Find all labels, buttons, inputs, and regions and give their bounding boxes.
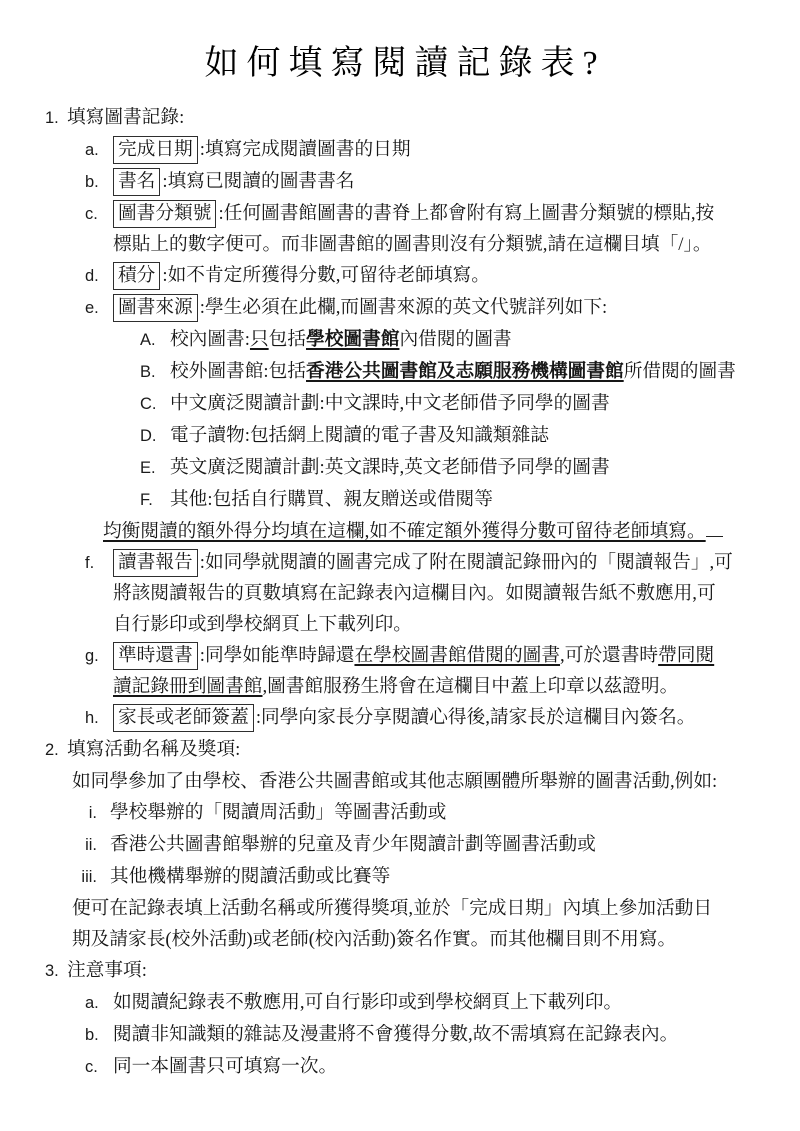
item-text: 填寫已閱讀的圖書書名 bbox=[168, 171, 355, 192]
item-text: ,圖書館服務生將會在這欄目中蓋上印章以茲證明。 bbox=[263, 676, 679, 697]
source-item-B: B. 校外圖書館:包括香港公共圖書館及志願服務機構圖書館所借閱的圖書 bbox=[45, 356, 765, 388]
item-content: 圖書分類號:任何圖書館圖書的書脊上都會附有寫上圖書分類號的標貼,按 標貼上的數字… bbox=[113, 198, 765, 260]
outro-text: 便可在記錄表填上活動名稱或所獲得獎項,並於「完成日期」內填上參加活動日 期及請家… bbox=[72, 898, 712, 950]
source-item-D: D. 電子讀物:包括網上閱讀的電子書及知識類雜誌 bbox=[45, 420, 765, 452]
item-marker: A. bbox=[140, 325, 170, 356]
item-text: 如同學就閱讀的圖書完成了附在閱讀記錄冊內的「閱讀報告」,可 將該閱讀報告的頁數填… bbox=[113, 552, 733, 635]
item-content: 校內圖書:只包括學校圖書館內借閱的圖書 bbox=[170, 324, 765, 355]
item-marker: B. bbox=[140, 357, 170, 388]
underline-extension bbox=[706, 532, 723, 537]
field-label-box-book-report: 讀書報告 bbox=[113, 549, 198, 577]
source-item-A: A. 校內圖書:只包括學校圖書館內借閱的圖書 bbox=[45, 324, 765, 356]
item-marker: F. bbox=[140, 485, 170, 516]
field-label-box-call-number: 圖書分類號 bbox=[113, 200, 216, 228]
item-marker: e. bbox=[85, 293, 113, 324]
item-text: 包括 bbox=[269, 329, 306, 350]
item-text: 內借閱的圖書 bbox=[399, 329, 511, 350]
item-text: 如不肯定所獲得分數,可留待老師填寫。 bbox=[168, 265, 490, 286]
item-text: 如閱讀紀錄表不敷應用,可自行影印或到學校網頁上下載列印。 bbox=[113, 992, 622, 1013]
item-marker: E. bbox=[140, 453, 170, 484]
item-text: 中文廣泛閱讀計劃:中文課時,中文老師借予同學的圖書 bbox=[170, 393, 610, 414]
note-item-3a: a. 如閱讀紀錄表不敷應用,可自行影印或到學校網頁上下載列印。 bbox=[45, 987, 765, 1019]
item-content: 圖書來源:學生必須在此欄,而圖書來源的英文代號詳列如下: bbox=[113, 292, 765, 323]
item-marker: C. bbox=[140, 389, 170, 420]
underlined-text: 只 bbox=[250, 329, 269, 350]
source-item-E: E. 英文廣泛閱讀計劃:英文課時,英文老師借予同學的圖書 bbox=[45, 452, 765, 484]
item-text: ,可於還書時 bbox=[560, 645, 658, 666]
intro-text: 如同學參加了由學校、香港公共圖書館或其他志願團體所舉辦的圖書活動,例如: bbox=[72, 771, 717, 792]
item-marker: d. bbox=[85, 261, 113, 292]
item-content: 電子讀物:包括網上閱讀的電子書及知識類雜誌 bbox=[170, 420, 765, 451]
list-item-1b: b. 書名:填寫已閱讀的圖書書名 bbox=[45, 166, 765, 198]
field-label-box-return-on-time: 準時還書 bbox=[113, 642, 198, 670]
item-marker: h. bbox=[85, 703, 113, 734]
list-item-1h: h. 家長或老師簽蓋:同學向家長分享閱讀心得後,請家長於這欄目內簽名。 bbox=[45, 702, 765, 734]
field-label-box-points: 積分 bbox=[113, 262, 160, 290]
item-marker: b. bbox=[85, 1020, 113, 1051]
item-marker: f. bbox=[85, 548, 113, 579]
item-marker: b. bbox=[85, 167, 113, 198]
item-marker: i. bbox=[72, 798, 110, 829]
list-item-1e: e. 圖書來源:學生必須在此欄,而圖書來源的英文代號詳列如下: bbox=[45, 292, 765, 324]
list-item-1g: g. 準時還書:同學如能準時歸還在學校圖書館借閱的圖書,可於還書時帶同閱 讀記錄… bbox=[45, 640, 765, 702]
field-label-box-book-title: 書名 bbox=[113, 168, 160, 196]
item-text: 同學如能準時歸還 bbox=[205, 645, 355, 666]
section-3-heading: 注意事項: bbox=[67, 960, 147, 981]
item-text: 學生必須在此欄,而圖書來源的英文代號詳列如下: bbox=[205, 297, 607, 318]
balanced-reading-note: 均衡閱讀的額外得分均填在這欄,如不確定額外獲得分數可留待老師填寫。 bbox=[45, 516, 765, 547]
list-item-1a: a. 完成日期:填寫完成閱讀圖書的日期 bbox=[45, 134, 765, 166]
item-text: 其他機構舉辦的閱讀活動或比賽等 bbox=[110, 866, 390, 887]
item-content: 讀書報告:如同學就閱讀的圖書完成了附在閱讀記錄冊內的「閱讀報告」,可 將該閱讀報… bbox=[113, 547, 765, 640]
item-text: 同一本圖書只可填寫一次。 bbox=[113, 1056, 337, 1077]
item-text: 香港公共圖書館舉辦的兒童及青少年閱讀計劃等圖書活動或 bbox=[110, 834, 596, 855]
section-2-heading: 填寫活動名稱及獎項: bbox=[67, 739, 240, 760]
list-item-1d: d. 積分:如不肯定所獲得分數,可留待老師填寫。 bbox=[45, 260, 765, 292]
item-marker: iii. bbox=[72, 862, 110, 893]
section-2-heading-row: 2. 填寫活動名稱及獎項: bbox=[45, 734, 765, 766]
item-content: 家長或老師簽蓋:同學向家長分享閱讀心得後,請家長於這欄目內簽名。 bbox=[113, 702, 765, 733]
document-page: 如何填寫閱讀記錄表? 1. 填寫圖書記錄: a. 完成日期:填寫完成閱讀圖書的日… bbox=[0, 0, 800, 1131]
section-3-heading-row: 3. 注意事項: bbox=[45, 955, 765, 987]
source-item-C: C. 中文廣泛閱讀計劃:中文課時,中文老師借予同學的圖書 bbox=[45, 388, 765, 420]
field-label-box-book-source: 圖書來源 bbox=[113, 294, 198, 322]
field-label-box-completion-date: 完成日期 bbox=[113, 136, 198, 164]
document-title: 如何填寫閱讀記錄表? bbox=[45, 36, 765, 92]
item-text: 電子讀物:包括網上閱讀的電子書及知識類雜誌 bbox=[170, 425, 549, 446]
item-marker: c. bbox=[85, 1052, 113, 1083]
item-content: 準時還書:同學如能準時歸還在學校圖書館借閱的圖書,可於還書時帶同閱 讀記錄冊到圖… bbox=[113, 640, 765, 702]
item-text: 英文廣泛閱讀計劃:英文課時,英文老師借予同學的圖書 bbox=[170, 457, 610, 478]
bold-underlined-text: 學校圖書館 bbox=[306, 329, 399, 350]
item-content: 完成日期:填寫完成閱讀圖書的日期 bbox=[113, 134, 765, 165]
item-marker: ii. bbox=[72, 830, 110, 861]
item-content: 校外圖書館:包括香港公共圖書館及志願服務機構圖書館所借閱的圖書 bbox=[170, 356, 765, 387]
section-1-heading: 填寫圖書記錄: bbox=[67, 107, 184, 128]
item-text: 填寫完成閱讀圖書的日期 bbox=[205, 139, 411, 160]
item-content: 英文廣泛閱讀計劃:英文課時,英文老師借予同學的圖書 bbox=[170, 452, 765, 483]
activity-item-iii: iii. 其他機構舉辦的閱讀活動或比賽等 bbox=[45, 861, 765, 893]
activity-item-ii: ii. 香港公共圖書館舉辦的兒童及青少年閱讀計劃等圖書活動或 bbox=[45, 829, 765, 861]
section-2-intro: 如同學參加了由學校、香港公共圖書館或其他志願團體所舉辦的圖書活動,例如: bbox=[45, 766, 765, 797]
section-1-heading-row: 1. 填寫圖書記錄: bbox=[45, 102, 765, 134]
underlined-note-text: 均衡閱讀的額外得分均填在這欄,如不確定額外獲得分數可留待老師填寫。 bbox=[103, 521, 706, 542]
item-text: 學校舉辦的「閱讀周活動」等圖書活動或 bbox=[110, 802, 446, 823]
section-2-outro: 便可在記錄表填上活動名稱或所獲得獎項,並於「完成日期」內填上參加活動日 期及請家… bbox=[45, 893, 765, 955]
item-text: 所借閱的圖書 bbox=[624, 361, 736, 382]
note-item-3b: b. 閱讀非知識類的雜誌及漫畫將不會獲得分數,故不需填寫在記錄表內。 bbox=[45, 1019, 765, 1051]
section-2-number: 2. bbox=[45, 735, 67, 766]
item-content: 積分:如不肯定所獲得分數,可留待老師填寫。 bbox=[113, 260, 765, 291]
list-item-1f: f. 讀書報告:如同學就閱讀的圖書完成了附在閱讀記錄冊內的「閱讀報告」,可 將該… bbox=[45, 547, 765, 640]
item-marker: c. bbox=[85, 199, 113, 230]
item-marker: g. bbox=[85, 641, 113, 672]
item-text: 其他:包括自行購買、親友贈送或借閱等 bbox=[170, 489, 493, 510]
field-label-box-parent-teacher-signature: 家長或老師簽蓋 bbox=[113, 704, 254, 732]
note-item-3c: c. 同一本圖書只可填寫一次。 bbox=[45, 1051, 765, 1083]
item-marker: a. bbox=[85, 135, 113, 166]
bold-underlined-text: 香港公共圖書館及志願服務機構圖書館 bbox=[306, 361, 624, 382]
item-text: 同學向家長分享閱讀心得後,請家長於這欄目內簽名。 bbox=[261, 707, 695, 728]
item-marker: D. bbox=[140, 421, 170, 452]
item-content: 書名:填寫已閱讀的圖書書名 bbox=[113, 166, 765, 197]
item-text: 校外圖書館:包括 bbox=[170, 361, 306, 382]
item-text: 閱讀非知識類的雜誌及漫畫將不會獲得分數,故不需填寫在記錄表內。 bbox=[113, 1024, 678, 1045]
item-marker: a. bbox=[85, 988, 113, 1019]
item-content: 其他:包括自行購買、親友贈送或借閱等 bbox=[170, 484, 765, 515]
item-text: 校內圖書: bbox=[170, 329, 250, 350]
list-item-1c: c. 圖書分類號:任何圖書館圖書的書脊上都會附有寫上圖書分類號的標貼,按 標貼上… bbox=[45, 198, 765, 260]
section-3-number: 3. bbox=[45, 956, 67, 987]
item-content: 均衡閱讀的額外得分均填在這欄,如不確定額外獲得分數可留待老師填寫。 bbox=[103, 516, 765, 547]
activity-item-i: i. 學校舉辦的「閱讀周活動」等圖書活動或 bbox=[45, 797, 765, 829]
underlined-text: 在學校圖書館借閱的圖書 bbox=[354, 645, 560, 666]
section-1-number: 1. bbox=[45, 103, 67, 134]
item-content: 中文廣泛閱讀計劃:中文課時,中文老師借予同學的圖書 bbox=[170, 388, 765, 419]
source-item-F: F. 其他:包括自行購買、親友贈送或借閱等 bbox=[45, 484, 765, 516]
